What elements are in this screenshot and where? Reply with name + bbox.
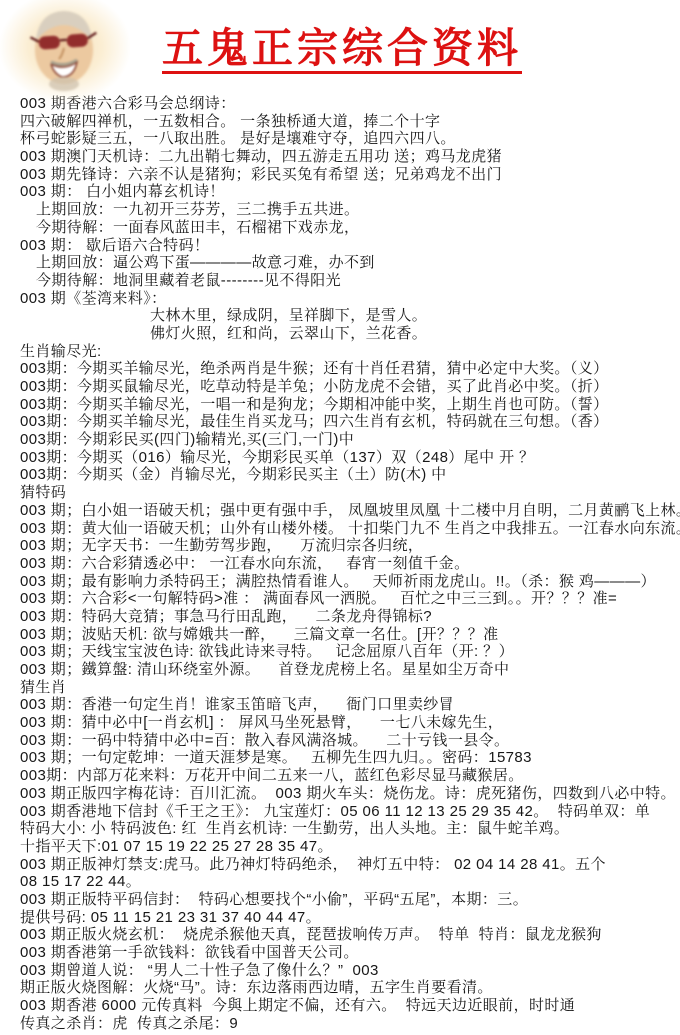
text-line: 003 期《荃湾来料》： bbox=[20, 290, 680, 308]
text-line: 003 期： 白小姐内幕玄机诗！ bbox=[20, 183, 680, 201]
text-line: 003期：今期买（金）肖输尽光，今期彩民买主（土）防(木) 中 bbox=[20, 466, 680, 484]
text-line: 003 期；波贴天机: 欲与嫦娥共一醉， 三篇文章一名仕。[开？？？准 bbox=[20, 626, 680, 644]
text-line: 今期待解：地洞里藏着老鼠--------见不得阳光 bbox=[20, 272, 680, 290]
text-line: 003 期正版火烧玄机： 烧虎杀猴他天真，琵琶拔响传万声。 特单 特肖：鼠龙龙猴… bbox=[20, 926, 680, 944]
page-header: 五鬼正宗综合资料 bbox=[0, 0, 680, 94]
text-line: 003 期；白小姐一语破天机；强中更有强中手， 凤凰坡里凤凰 十二楼中月自明，二… bbox=[20, 502, 680, 520]
text-line: 003期：内部万花来料：万花开中间二五来一八，蓝红色彩尽显马藏猴居。 bbox=[20, 767, 680, 785]
man-photo-icon bbox=[8, 0, 118, 92]
text-line: 提供号码: 05 11 15 21 23 31 37 40 44 47。 bbox=[20, 909, 680, 927]
text-line: 特码大小: 小 特码波色: 红 生肖玄机诗: 一生勤劳，出人头地。主：鼠牛蛇羊鸡… bbox=[20, 820, 680, 838]
text-line: 003期：今期彩民买(四门)输精光,买(三门,一门)中 bbox=[20, 431, 680, 449]
text-line: 今期待解：一面春风蓝田丰，石榴裙下戏赤龙， bbox=[20, 219, 680, 237]
text-line: 期正版火烧图解：火烧“马”。诗：东边落雨西边晴，五字生肖要看清。 bbox=[20, 979, 680, 997]
text-line: 003 期香港第一手欲钱料：欲钱看中国普天公司。 bbox=[20, 944, 680, 962]
text-line: 003 期：六合彩<一句解特码>准 ： 满面春风一洒脱。 百忙之中三三到。。开？… bbox=[20, 590, 680, 608]
text-line: 003 期曾道人说： “男人二十性子急了像什么？” 003 bbox=[20, 962, 680, 980]
text-line: 佛灯火照，红和尚，云翠山下，兰花香。 bbox=[20, 325, 680, 343]
text-line: 大林木里，绿成阴，呈祥脚下，是雪人。 bbox=[20, 307, 680, 325]
text-line: 003 期先锋诗：六亲不认是猪狗；彩民买兔有希望 送；兄弟鸡龙不出门 bbox=[20, 166, 680, 184]
text-line: 传真之杀肖：虎 传真之杀尾：9 bbox=[20, 1015, 680, 1033]
text-line: 003 期：六合彩猜透必中： 一江春水向东流， 春宵一刻值千金。 bbox=[20, 555, 680, 573]
text-line: 003 期澳门天机诗：二九出鞘七舞动，四五游走五用功 送；鸡马龙虎猪 bbox=[20, 148, 680, 166]
text-line: 003 期香港地下信封《千王之王》： 九宝莲灯：05 06 11 12 13 2… bbox=[20, 803, 680, 821]
text-line: 猜生肖 bbox=[20, 679, 680, 697]
text-line: 003 期正版特平码信封： 特码心想要找个“小偷”，平码“五尾”，本期：三。 bbox=[20, 891, 680, 909]
avatar bbox=[8, 0, 118, 97]
text-line: 四六破解四禅机，一五数相合。 一条独桥通大道，捧二个十字 bbox=[20, 113, 680, 131]
text-line: 003 期正版神灯禁支:虎马。此乃神灯特码绝杀， 神灯五中特： 02 04 14… bbox=[20, 856, 680, 874]
text-line: 003 期；天线宝宝波色诗: 欲钱此诗来寻特。 记念屈原八百年（开: ？） bbox=[20, 643, 680, 661]
text-line: 003 期：香港一句定生肖！谁家玉笛暗飞声， 衙门口里卖纱冒 bbox=[20, 696, 680, 714]
text-line: 003期：今期买羊输尽光，绝杀两肖是牛猴；还有十肖任君猜，猜中必定中大奖。（义） bbox=[20, 360, 680, 378]
text-line: 十指平天下:01 07 15 19 22 25 27 28 35 47。 bbox=[20, 838, 680, 856]
text-line: 猜特码 bbox=[20, 484, 680, 502]
text-line: 003 期：猜中必中[一肖玄机] ： 屏风马坐死悬臂， 一七八未嫁先生， bbox=[20, 714, 680, 732]
text-line: 生肖输尽光: bbox=[20, 343, 680, 361]
text-line: 003 期正版四字梅花诗：百川汇流。 003 期火车头：烧伤龙。诗：虎死猪伤，四… bbox=[20, 785, 680, 803]
text-line: 003期：今期买鼠输尽光，吃草动特是羊兔；小防龙虎不会错，买了此肖必中奖。（折） bbox=[20, 378, 680, 396]
page-title: 五鬼正宗综合资料 bbox=[162, 26, 522, 74]
text-line: 上期回放：逼公鸡下蛋————故意刁难，办不到 bbox=[20, 254, 680, 272]
text-line: 003 期；一句定乾坤：一道天涯梦是寒。 五柳先生四九归。。密码：15783 bbox=[20, 749, 680, 767]
text-line: 上期回放：一九初开三芬芳，三二携手五共进。 bbox=[20, 201, 680, 219]
text-line: 003 期；最有影响力杀特码王；满腔热情看谁人。 天师祈雨龙虎山。!!。（杀：猴… bbox=[20, 573, 680, 591]
text-line: 杯弓蛇影疑三五，一八取出胜。 是好是壤难守夺，追四六四八。 bbox=[20, 130, 680, 148]
text-line: 003 期；鐵算盤: 清山环绕室外源。 首登龙虎榜上名。星星如尘万奇中 bbox=[20, 661, 680, 679]
text-line: 003 期：特码大竞猜；事急马行田乱跑， 二条龙舟得锦标? bbox=[20, 608, 680, 626]
text-line: 003期：今期买羊输尽光，最佳生肖买龙马；四六生肖有玄机，特码就在三句想。（香） bbox=[20, 413, 680, 431]
content: 003 期香港六合彩马会总纲诗：四六破解四禅机，一五数相合。 一条独桥通大道，捧… bbox=[0, 94, 680, 1032]
text-line: 08 15 17 22 44。 bbox=[20, 873, 680, 891]
text-line: 003 期：一码中特猜中必中=百：散入春风满洛城。 二十亏钱一县令。 bbox=[20, 732, 680, 750]
text-line: 003期：今期买羊输尽光，一唱一和是狗龙；今期相冲能中奖，上期生肖也可防。（誓） bbox=[20, 396, 680, 414]
text-line: 003 期；无字天书：一生勤劳驾步跑， 万流归宗各归统， bbox=[20, 537, 680, 555]
text-line: 003 期： 歇后语六合特码！ bbox=[20, 237, 680, 255]
text-line: 003 期香港 6000 元传真料 今與上期定不偏，还有六。 特远天边近眼前，时… bbox=[20, 997, 680, 1015]
text-line: 003 期：黄大仙一语破天机；山外有山楼外楼。 十扣柴门九不 生肖之中我排五。一… bbox=[20, 520, 680, 538]
text-line: 003期：今期买（016）输尽光，今期彩民买单（137）双（248）尾中 开 ？ bbox=[20, 449, 680, 467]
